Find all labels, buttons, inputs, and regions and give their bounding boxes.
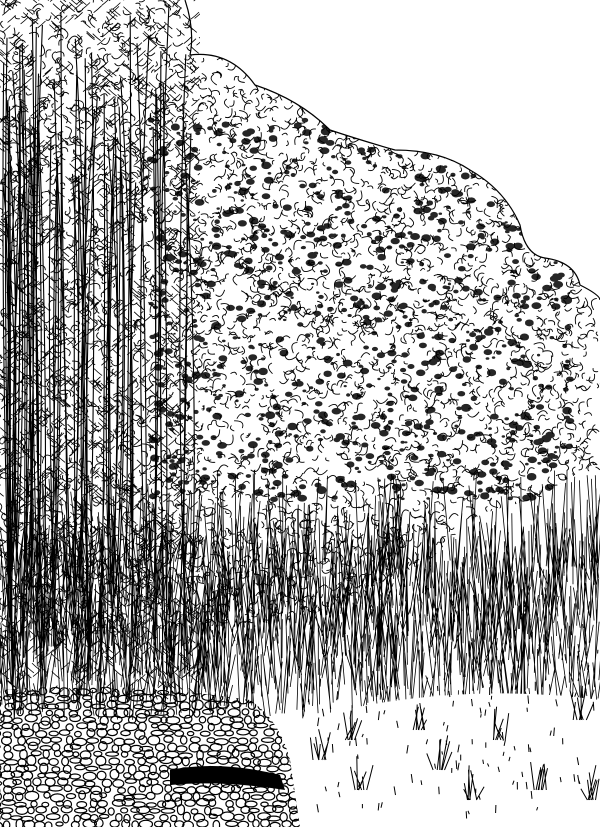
ink-drawing-scene xyxy=(0,0,600,827)
